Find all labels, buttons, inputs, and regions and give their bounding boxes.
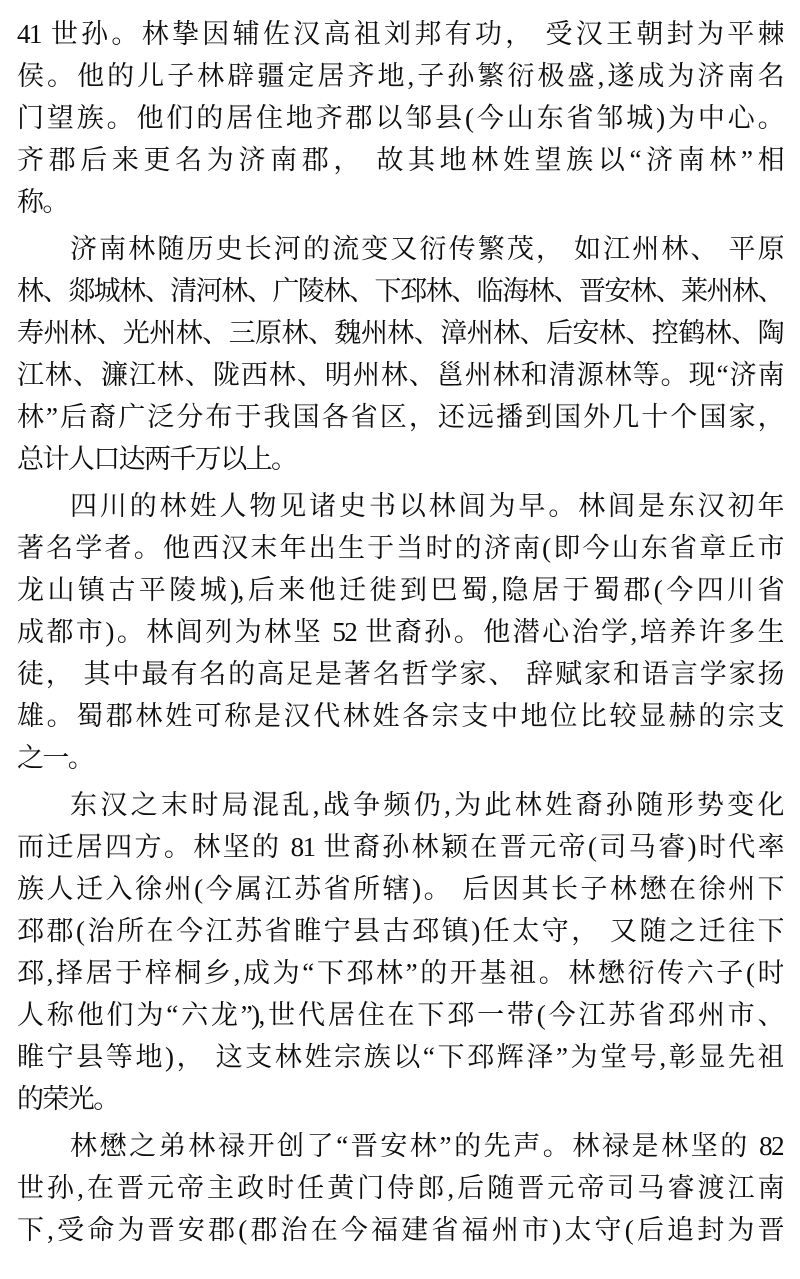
text-line: 之一。 (17, 737, 783, 779)
text-line: 人称他们为“六龙”),世代居住在下邳一带(今江苏省邳州市、 (17, 994, 783, 1036)
text-line: 下,受命为晋安郡(郡治在今福建省福州市)太守(后追封为晋 (17, 1209, 783, 1251)
text-line: 世孙,在晋元帝主政时任黄门侍郎,后随晋元帝司马睿渡江南 (17, 1167, 783, 1209)
text-line: 成都市)。林闾列为林坚 52 世裔孙。他潜心治学,培养许多生 (17, 611, 783, 653)
text-line: 龙山镇古平陵城),后来他迁徙到巴蜀,隐居于蜀郡(今四川省 (17, 569, 783, 611)
text-line: 林、郯城林、清河林、广陵林、下邳林、临海林、晋安林、莱州林、 (17, 270, 783, 312)
text-line: 雄。蜀郡林姓可称是汉代林姓各宗支中地位比较显赫的宗支 (17, 695, 783, 737)
text-line: 41 世孙。林挚因辅佐汉高祖刘邦有功， 受汉王朝封为平棘 (17, 13, 783, 55)
text-column: 41 世孙。林挚因辅佐汉高祖刘邦有功， 受汉王朝封为平棘侯。他的儿子林辟疆定居齐… (17, 13, 783, 1251)
text-line: 徒， 其中最有名的高足是著名哲学家、 辞赋家和语言学家扬 (17, 653, 783, 695)
text-line: 总计人口达两千万以上。 (17, 438, 783, 480)
scanned-page: 41 世孙。林挚因辅佐汉高祖刘邦有功， 受汉王朝封为平棘侯。他的儿子林辟疆定居齐… (0, 0, 800, 1279)
text-line: 东汉之末时局混乱,战争频仍,为此林姓裔孙随形势变化 (17, 784, 783, 826)
text-line: 门望族。他们的居住地齐郡以邹县(今山东省邹城)为中心。 (17, 97, 783, 139)
text-line: 林懋之弟林禄开创了“晋安林”的先声。林禄是林坚的 82 (17, 1125, 783, 1167)
text-line: 著名学者。他西汉末年出生于当时的济南(即今山东省章丘市 (17, 527, 783, 569)
text-line: 的荣光。 (17, 1078, 783, 1120)
text-line: 济南林随历史长河的流变又衍传繁茂， 如江州林、 平原 (17, 228, 783, 270)
text-line: 江林、濂江林、陇西林、明州林、邕州林和清源林等。现“济南 (17, 354, 783, 396)
text-line: 寿州林、光州林、三原林、魏州林、漳州林、后安林、控鹤林、陶 (17, 312, 783, 354)
text-line: 称。 (17, 181, 783, 223)
text-line: 邳郡(治所在今江苏省睢宁县古邳镇)任太守， 又随之迁往下 (17, 910, 783, 952)
text-line: 林”后裔广泛分布于我国各省区，还远播到国外几十个国家， (17, 396, 783, 438)
text-line: 而迁居四方。林坚的 81 世裔孙林颖在晋元帝(司马睿)时代率 (17, 826, 783, 868)
text-line: 侯。他的儿子林辟疆定居齐地,子孙繁衍极盛,遂成为济南名 (17, 55, 783, 97)
text-line: 邳,择居于梓桐乡,成为“下邳林”的开基祖。林懋衍传六子(时 (17, 952, 783, 994)
text-line: 四川的林姓人物见诸史书以林闾为早。林闾是东汉初年 (17, 485, 783, 527)
text-line: 睢宁县等地)， 这支林姓宗族以“下邳辉泽”为堂号,彰显先祖 (17, 1036, 783, 1078)
text-line: 族人迁入徐州(今属江苏省所辖)。 后因其长子林懋在徐州下 (17, 868, 783, 910)
text-line: 齐郡后来更名为济南郡， 故其地林姓望族以“济南林”相 (17, 139, 783, 181)
